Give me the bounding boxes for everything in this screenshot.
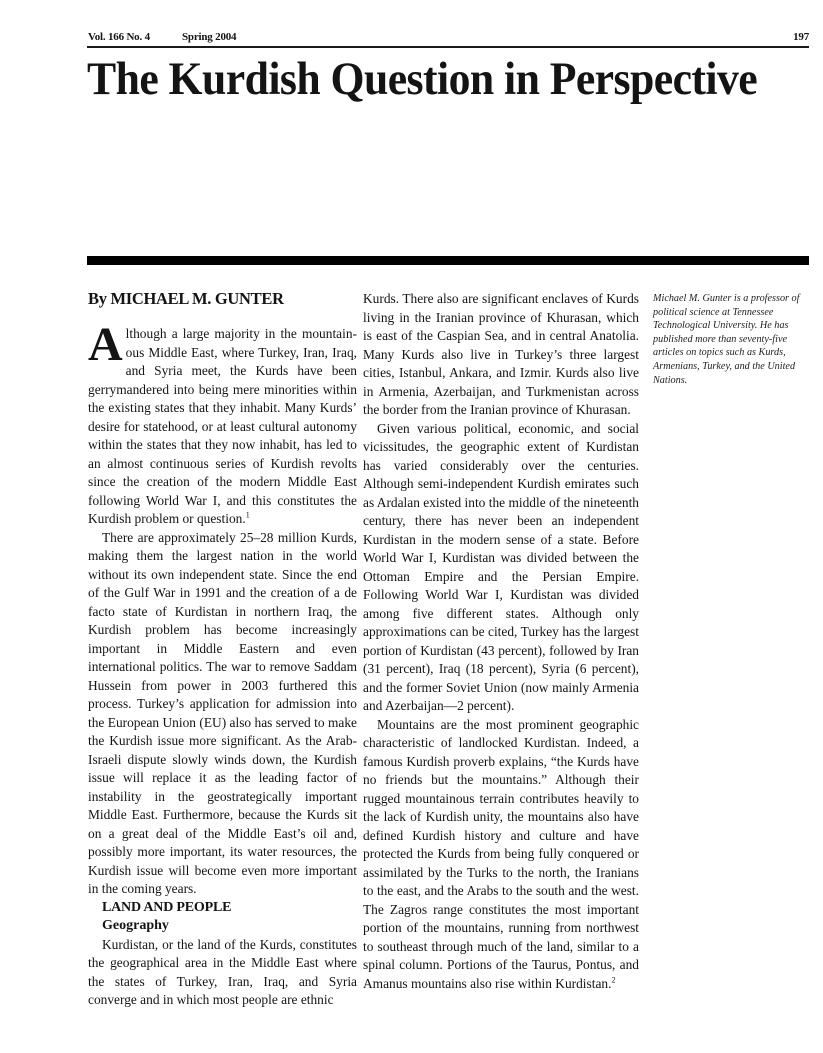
subsection-heading: Geography xyxy=(88,917,357,936)
issue-season: Spring 2004 xyxy=(182,31,236,43)
footnote-ref-1[interactable]: 1 xyxy=(246,511,250,520)
paragraph: Mountains are the most prominent geo­gra… xyxy=(363,716,639,994)
paragraph: There are approximately 25–28 million Ku… xyxy=(88,529,357,899)
drop-cap: A xyxy=(88,327,123,363)
author-bio-note: Michael M. Gunter is a professor of poli… xyxy=(653,292,813,387)
footnote-ref-2[interactable]: 2 xyxy=(611,975,615,984)
header-rule xyxy=(87,46,809,48)
article-title: The Kurdish Question in Perspective xyxy=(87,51,766,107)
title-divider-bar xyxy=(87,256,809,265)
column-2: Kurds. There also are significant enclav… xyxy=(363,290,639,993)
volume-issue: Vol. 166 No. 4 xyxy=(88,31,150,43)
running-head: Vol. 166 No. 4 Spring 2004 197 xyxy=(88,31,809,45)
paragraph: Although a large majority in the mountai… xyxy=(88,325,357,529)
paragraph: Kurdistan, or the land of the Kurds, con… xyxy=(88,936,357,1010)
paragraph: Kurds. There also are significant enclav… xyxy=(363,290,639,420)
column-1: Although a large majority in the mountai… xyxy=(88,325,357,1010)
section-heading: LAND AND PEOPLE xyxy=(88,899,357,918)
paragraph: Given various political, economic, and s… xyxy=(363,420,639,716)
byline: By MICHAEL M. GUNTER xyxy=(88,289,284,309)
page-number: 197 xyxy=(793,31,809,43)
